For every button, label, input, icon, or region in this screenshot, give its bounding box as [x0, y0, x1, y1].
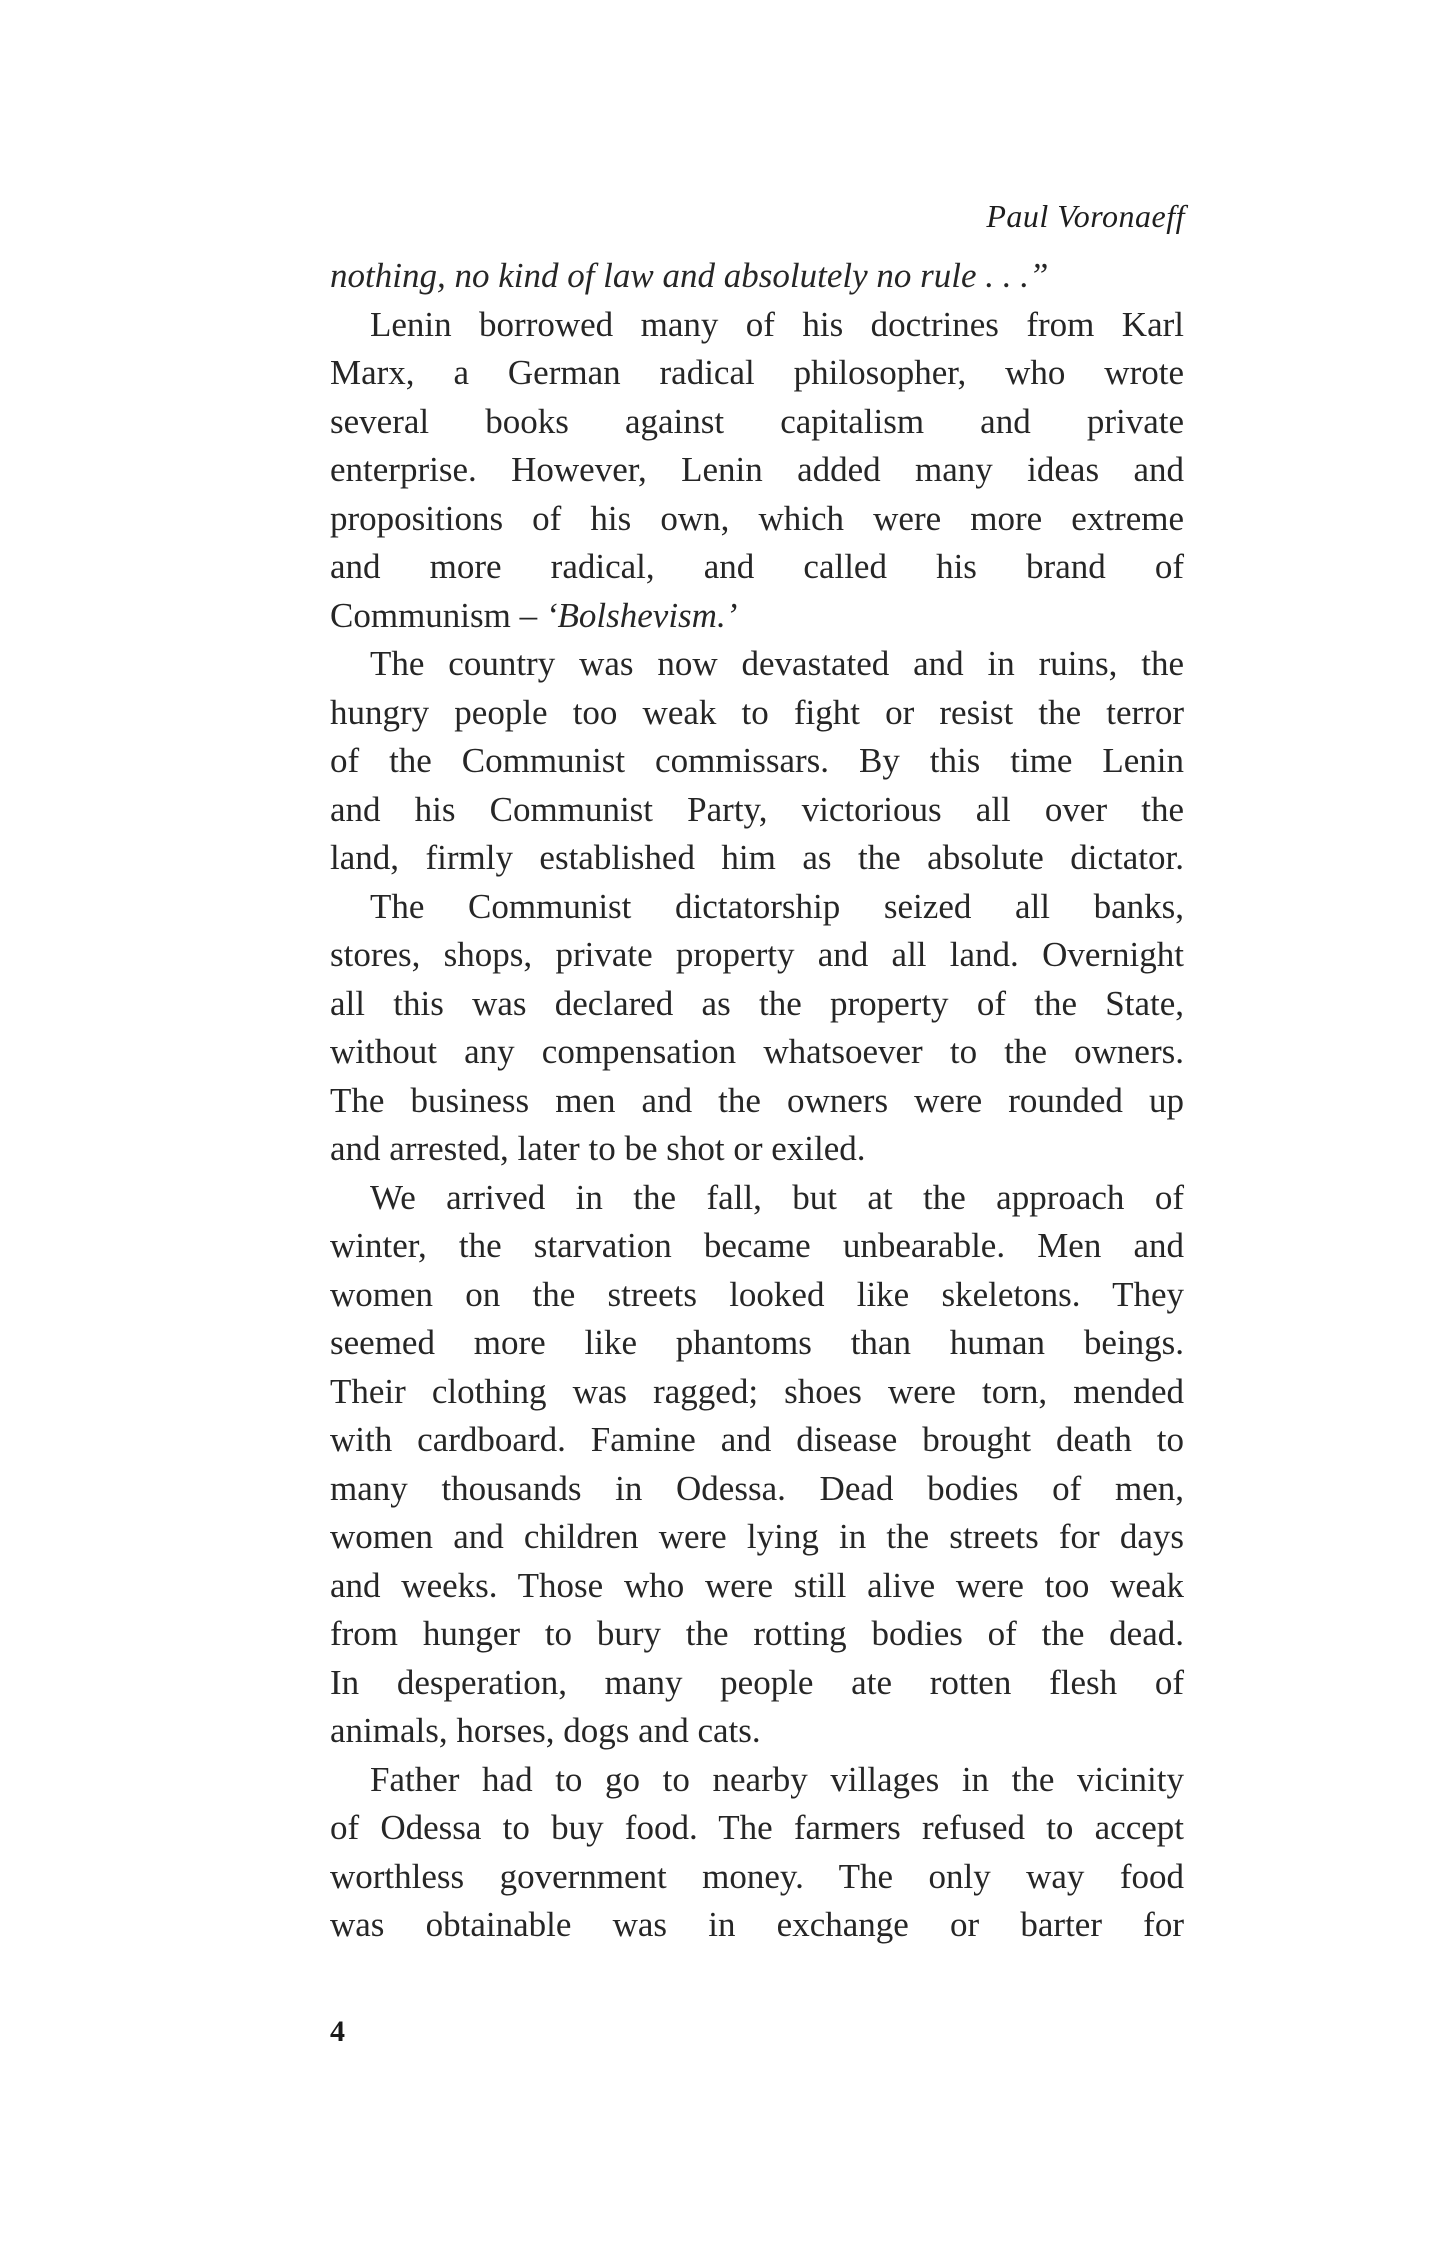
text-line: land, firmly established him as the abso…	[330, 834, 1184, 883]
running-head-author: Paul Voronaeff	[986, 198, 1185, 235]
book-page: Paul Voronaeff nothing, no kind of law a…	[0, 0, 1445, 2255]
paragraph-dictatorship-seized: The Communist dictatorship seized all ba…	[330, 883, 1184, 1174]
text-line: enterprise. However, Lenin added many id…	[330, 446, 1184, 495]
body-text: nothing, no kind of law and absolutely n…	[330, 252, 1184, 1950]
text-line: and his Communist Party, victorious all …	[330, 786, 1184, 835]
text-line: was obtainable was in exchange or barter…	[330, 1901, 1184, 1950]
text-line: Communism – ‘Bolshevism.’	[330, 592, 1184, 641]
text-line: with cardboard. Famine and disease broug…	[330, 1416, 1184, 1465]
paragraph-starvation: We arrived in the fall, but at the appro…	[330, 1174, 1184, 1756]
text-line: hungry people too weak to fight or resis…	[330, 689, 1184, 738]
text-line: nothing, no kind of law and absolutely n…	[330, 252, 1184, 301]
text-line: women on the streets looked like skeleto…	[330, 1271, 1184, 1320]
text-line: propositions of his own, which were more…	[330, 495, 1184, 544]
text-line: many thousands in Odessa. Dead bodies of…	[330, 1465, 1184, 1514]
text-line: women and children were lying in the str…	[330, 1513, 1184, 1562]
text-line: Father had to go to nearby villages in t…	[330, 1756, 1184, 1805]
text-line: from hunger to bury the rotting bodies o…	[330, 1610, 1184, 1659]
text-line: In desperation, many people ate rotten f…	[330, 1659, 1184, 1708]
text-line: Their clothing was ragged; shoes were to…	[330, 1368, 1184, 1417]
paragraph-lenin-doctrines: Lenin borrowed many of his doctrines fro…	[330, 301, 1184, 641]
text-line: The country was now devastated and in ru…	[330, 640, 1184, 689]
text-line: and more radical, and called his brand o…	[330, 543, 1184, 592]
text-line: Marx, a German radical philosopher, who …	[330, 349, 1184, 398]
paragraph-father-villages: Father had to go to nearby villages in t…	[330, 1756, 1184, 1950]
text-line: several books against capitalism and pri…	[330, 398, 1184, 447]
text-line: stores, shops, private property and all …	[330, 931, 1184, 980]
text-line: The business men and the owners were rou…	[330, 1077, 1184, 1126]
page-number: 4	[330, 2015, 345, 2049]
text-line: of the Communist commissars. By this tim…	[330, 737, 1184, 786]
paragraph-quote-end: nothing, no kind of law and absolutely n…	[330, 252, 1184, 301]
text-line: worthless government money. The only way…	[330, 1853, 1184, 1902]
text-line: and arrested, later to be shot or exiled…	[330, 1125, 1184, 1174]
paragraph-country-devastated: The country was now devastated and in ru…	[330, 640, 1184, 883]
italic-term-bolshevism: ‘Bolshevism.’	[546, 596, 737, 635]
text-line: animals, horses, dogs and cats.	[330, 1707, 1184, 1756]
text-fragment: Communism –	[330, 596, 546, 635]
text-line: and weeks. Those who were still alive we…	[330, 1562, 1184, 1611]
text-line: without any compensation whatsoever to t…	[330, 1028, 1184, 1077]
text-line: winter, the starvation became unbearable…	[330, 1222, 1184, 1271]
text-line: of Odessa to buy food. The farmers refus…	[330, 1804, 1184, 1853]
text-line: We arrived in the fall, but at the appro…	[330, 1174, 1184, 1223]
text-line: Lenin borrowed many of his doctrines fro…	[330, 301, 1184, 350]
text-line: all this was declared as the property of…	[330, 980, 1184, 1029]
text-line: The Communist dictatorship seized all ba…	[330, 883, 1184, 932]
text-line: seemed more like phantoms than human bei…	[330, 1319, 1184, 1368]
